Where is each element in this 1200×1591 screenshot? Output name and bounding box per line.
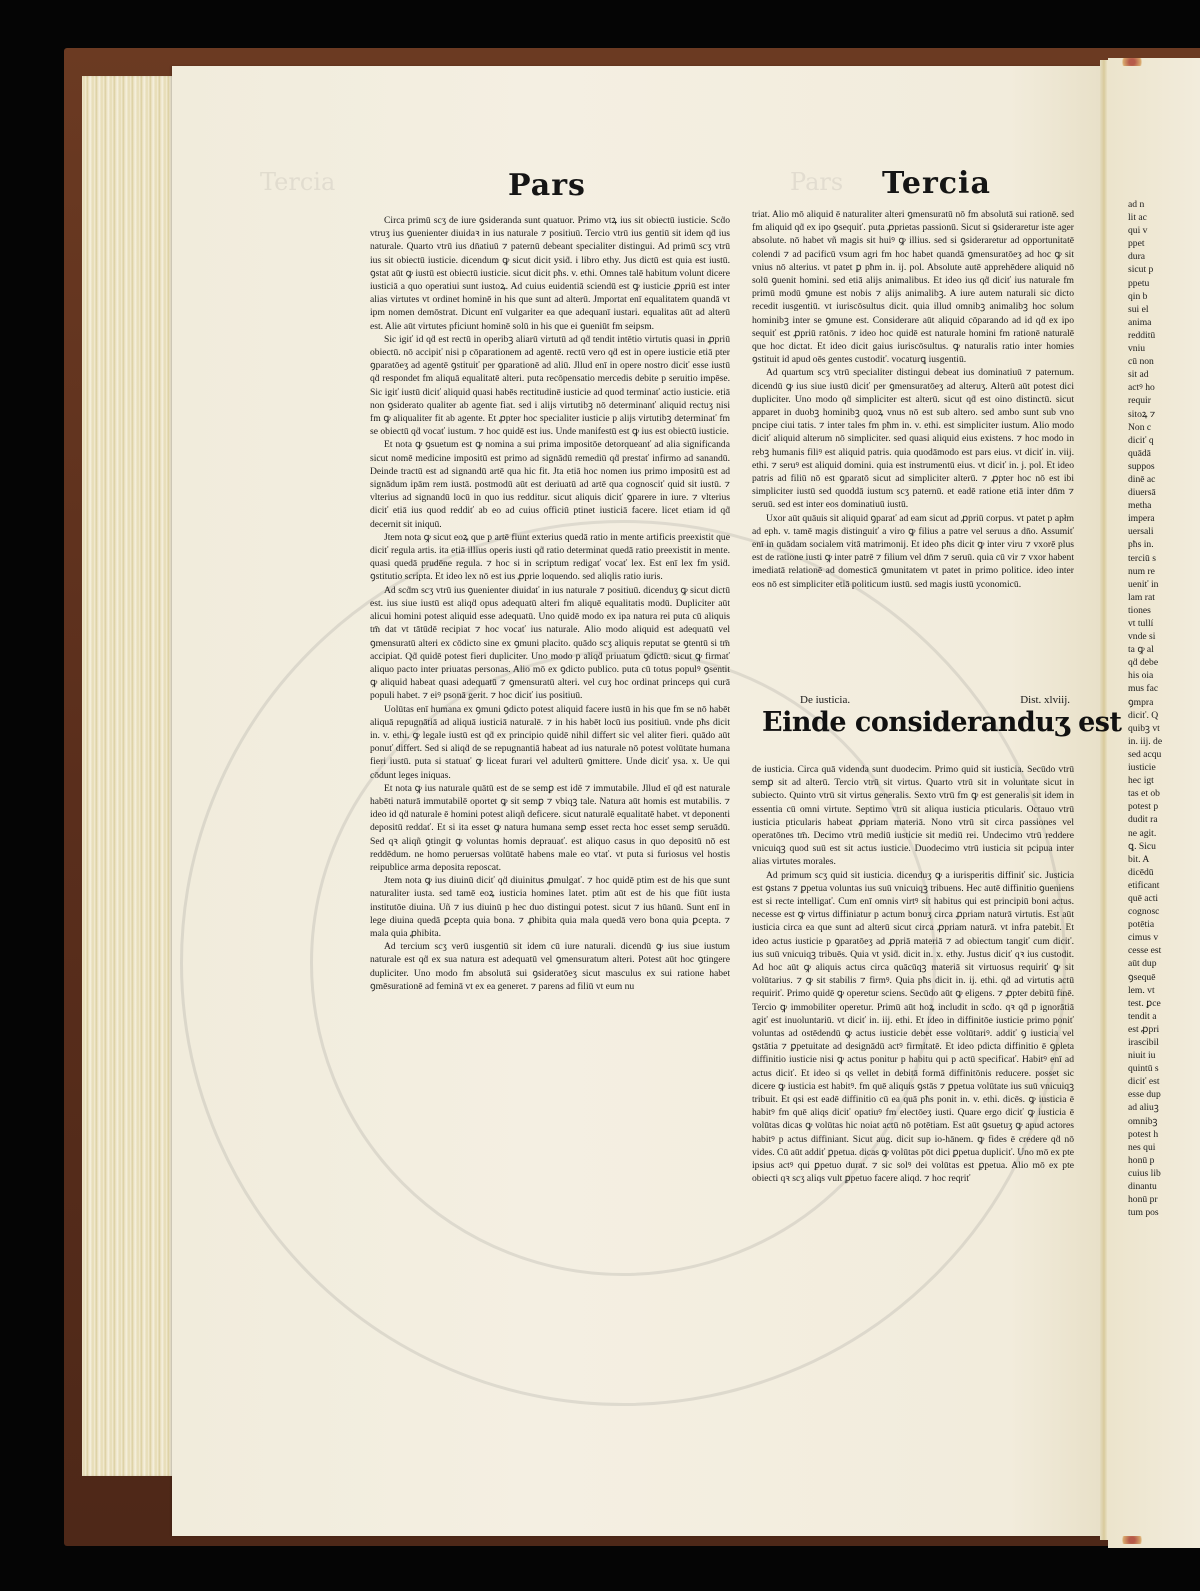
fragment-line: vt tullí xyxy=(1128,617,1198,630)
fragment-line: actꝰ ho xyxy=(1128,381,1198,394)
fragment-line: redditū xyxy=(1128,329,1198,342)
fragment-line: his oia xyxy=(1128,669,1198,682)
paragraph: triat. Alio mō aliquid ē naturaliter alt… xyxy=(752,208,1074,366)
show-through-heading-2: Tercia xyxy=(260,168,335,196)
fragment-line: cognosc xyxy=(1128,905,1198,918)
fragment-line: est ꝓpri xyxy=(1128,1023,1198,1036)
fragment-line: ppet xyxy=(1128,237,1198,250)
fragment-line: num re xyxy=(1128,565,1198,578)
show-through-heading: Pars xyxy=(790,168,843,196)
fragment-line: lam rat xyxy=(1128,591,1198,604)
fragment-line: tum pos xyxy=(1128,1206,1198,1219)
paragraph: Uxor aūt quāuis sit aliquid ꝯparať ad ea… xyxy=(752,512,1074,591)
subheading-topic: De iusticia. xyxy=(800,694,850,706)
headband-bottom xyxy=(1118,1536,1146,1544)
section-subheading: De iusticia. Dist. xlviij. xyxy=(800,694,1070,706)
paragraph: Et nota ꝙ ꝯsuetum est ꝙ nomina a sui pri… xyxy=(370,438,730,530)
text-column-right-lower: de iusticia. Circa quā videnda sunt duod… xyxy=(752,763,1074,1186)
fragment-line: in. iij. de xyxy=(1128,735,1198,748)
section-heading: Einde consideranduʒ est xyxy=(762,707,1074,738)
text-column-right-upper: triat. Alio mō aliquid ē naturaliter alt… xyxy=(752,208,1074,591)
fragment-line: ta ꝙ al xyxy=(1128,643,1198,656)
fragment-line: cuius lib xyxy=(1128,1167,1198,1180)
fragment-line: sicut p xyxy=(1128,263,1198,276)
fragment-line: tas et ob xyxy=(1128,787,1198,800)
paragraph: Jtem nota ꝙ sicut eoꝝ que p artē fiunt e… xyxy=(370,531,730,584)
fragment-line: cesse est xyxy=(1128,944,1198,957)
fragment-line: tendit a xyxy=(1128,1010,1198,1023)
fragment-line: cū non xyxy=(1128,355,1198,368)
fragment-line: omnibꝫ xyxy=(1128,1115,1198,1128)
fragment-line: potest h xyxy=(1128,1128,1198,1141)
fragment-line: anima xyxy=(1128,316,1198,329)
fragment-line: ad n xyxy=(1128,198,1198,211)
fragment-line: ad aliuꝫ xyxy=(1128,1101,1198,1114)
fragment-line: qui v xyxy=(1128,224,1198,237)
fragment-line: sitoꝝ ⁊ xyxy=(1128,408,1198,421)
fragment-line: uersali xyxy=(1128,525,1198,538)
fragment-line: irascibil xyxy=(1128,1036,1198,1049)
paragraph: Jtem nota ꝙ ius diuinū diciť qḋ diuinitu… xyxy=(370,874,730,940)
fragment-line: vnde si xyxy=(1128,630,1198,643)
fragment-line: lem. vt xyxy=(1128,984,1198,997)
subheading-distinction: Dist. xlviij. xyxy=(1020,694,1070,706)
fragment-line: honū p xyxy=(1128,1154,1198,1167)
fragment-line: vniu xyxy=(1128,342,1198,355)
fragment-line: diciť est xyxy=(1128,1075,1198,1088)
fragment-line: etificant xyxy=(1128,879,1198,892)
headband-top xyxy=(1118,58,1146,66)
fragment-line: sui el xyxy=(1128,303,1198,316)
fragment-line: test. ꝑce xyxy=(1128,997,1198,1010)
fragment-line: dinantu xyxy=(1128,1180,1198,1193)
fragment-line: quē acti xyxy=(1128,892,1198,905)
fragment-line: ꝯmpra xyxy=(1128,696,1198,709)
fragment-line: diciť q xyxy=(1128,434,1198,447)
right-page-text-fragment: ad nlit acqui vppetdurasicut pppetuqin b… xyxy=(1128,198,1198,1219)
fragment-line: ne agit. xyxy=(1128,827,1198,840)
fragment-line: quādā xyxy=(1128,447,1198,460)
fragment-line: iusticie xyxy=(1128,761,1198,774)
fragment-line: potest p xyxy=(1128,800,1198,813)
fragment-line: tiones xyxy=(1128,604,1198,617)
fragment-line: nes qui xyxy=(1128,1141,1198,1154)
paragraph: Uolūtas enī humana ex ꝯmuni ꝯdicto potes… xyxy=(370,703,730,782)
fragment-line: niuit iu xyxy=(1128,1049,1198,1062)
paragraph: de iusticia. Circa quā videnda sunt duod… xyxy=(752,763,1074,869)
fragment-line: diuersā xyxy=(1128,486,1198,499)
text-column-left: Circa primū scʒ de iure ꝯsideranda sunt … xyxy=(370,214,730,993)
fragment-line: pħs in. xyxy=(1128,538,1198,551)
fragment-line: dura xyxy=(1128,250,1198,263)
fragment-line: hec igt xyxy=(1128,774,1198,787)
fragment-line: dicēdū xyxy=(1128,866,1198,879)
fragment-line: ppetu xyxy=(1128,277,1198,290)
fragment-line: bit. A xyxy=(1128,853,1198,866)
fragment-line: diciť. Q xyxy=(1128,709,1198,722)
fragment-line: mus fac xyxy=(1128,682,1198,695)
fragment-line: ꝗ. Sicu xyxy=(1128,840,1198,853)
fragment-line: requir xyxy=(1128,394,1198,407)
fragment-line: sit ad xyxy=(1128,368,1198,381)
paragraph: Ad tercium scʒ verū iusgentiū sit idem c… xyxy=(370,940,730,993)
fragment-line: dudit ra xyxy=(1128,813,1198,826)
paragraph: Sic igiť id qḋ est rectū in operibꝫ alia… xyxy=(370,333,730,439)
stacked-page-edges xyxy=(82,76,174,1476)
fragment-line: honū pr xyxy=(1128,1193,1198,1206)
fragment-line: sed acqu xyxy=(1128,748,1198,761)
fragment-line: suppos xyxy=(1128,460,1198,473)
fragment-line: Non c xyxy=(1128,421,1198,434)
fragment-line: cimus v xyxy=(1128,931,1198,944)
paragraph: Circa primū scʒ de iure ꝯsideranda sunt … xyxy=(370,214,730,333)
fragment-line: quintū s xyxy=(1128,1062,1198,1075)
paragraph: Et nota ꝙ ius naturale quātū est de se s… xyxy=(370,782,730,874)
fragment-line: quibꝫ vt xyxy=(1128,722,1198,735)
running-head-left: Pars xyxy=(508,168,586,203)
fragment-line: ꝯsequē xyxy=(1128,971,1198,984)
fragment-line: impera xyxy=(1128,512,1198,525)
fragment-line: qḋ debe xyxy=(1128,656,1198,669)
fragment-line: metha xyxy=(1128,499,1198,512)
fragment-line: dinē ac xyxy=(1128,473,1198,486)
book-gutter xyxy=(1100,60,1108,1540)
fragment-line: aūt dup xyxy=(1128,957,1198,970)
fragment-line: lit ac xyxy=(1128,211,1198,224)
paragraph: Ad quartum scʒ vtrū specialiter distingu… xyxy=(752,366,1074,511)
running-head-right: Tercia xyxy=(882,166,991,201)
paragraph: Ad scḋm scʒ vtrū ius ꝯuenienter diuidať … xyxy=(370,584,730,703)
fragment-line: ueniť in xyxy=(1128,578,1198,591)
fragment-line: esse dup xyxy=(1128,1088,1198,1101)
fragment-line: potētia xyxy=(1128,918,1198,931)
fragment-line: qin b xyxy=(1128,290,1198,303)
fragment-line: terciū s xyxy=(1128,552,1198,565)
paragraph: Ad primum scʒ quid sit iusticia. dicendu… xyxy=(752,869,1074,1186)
